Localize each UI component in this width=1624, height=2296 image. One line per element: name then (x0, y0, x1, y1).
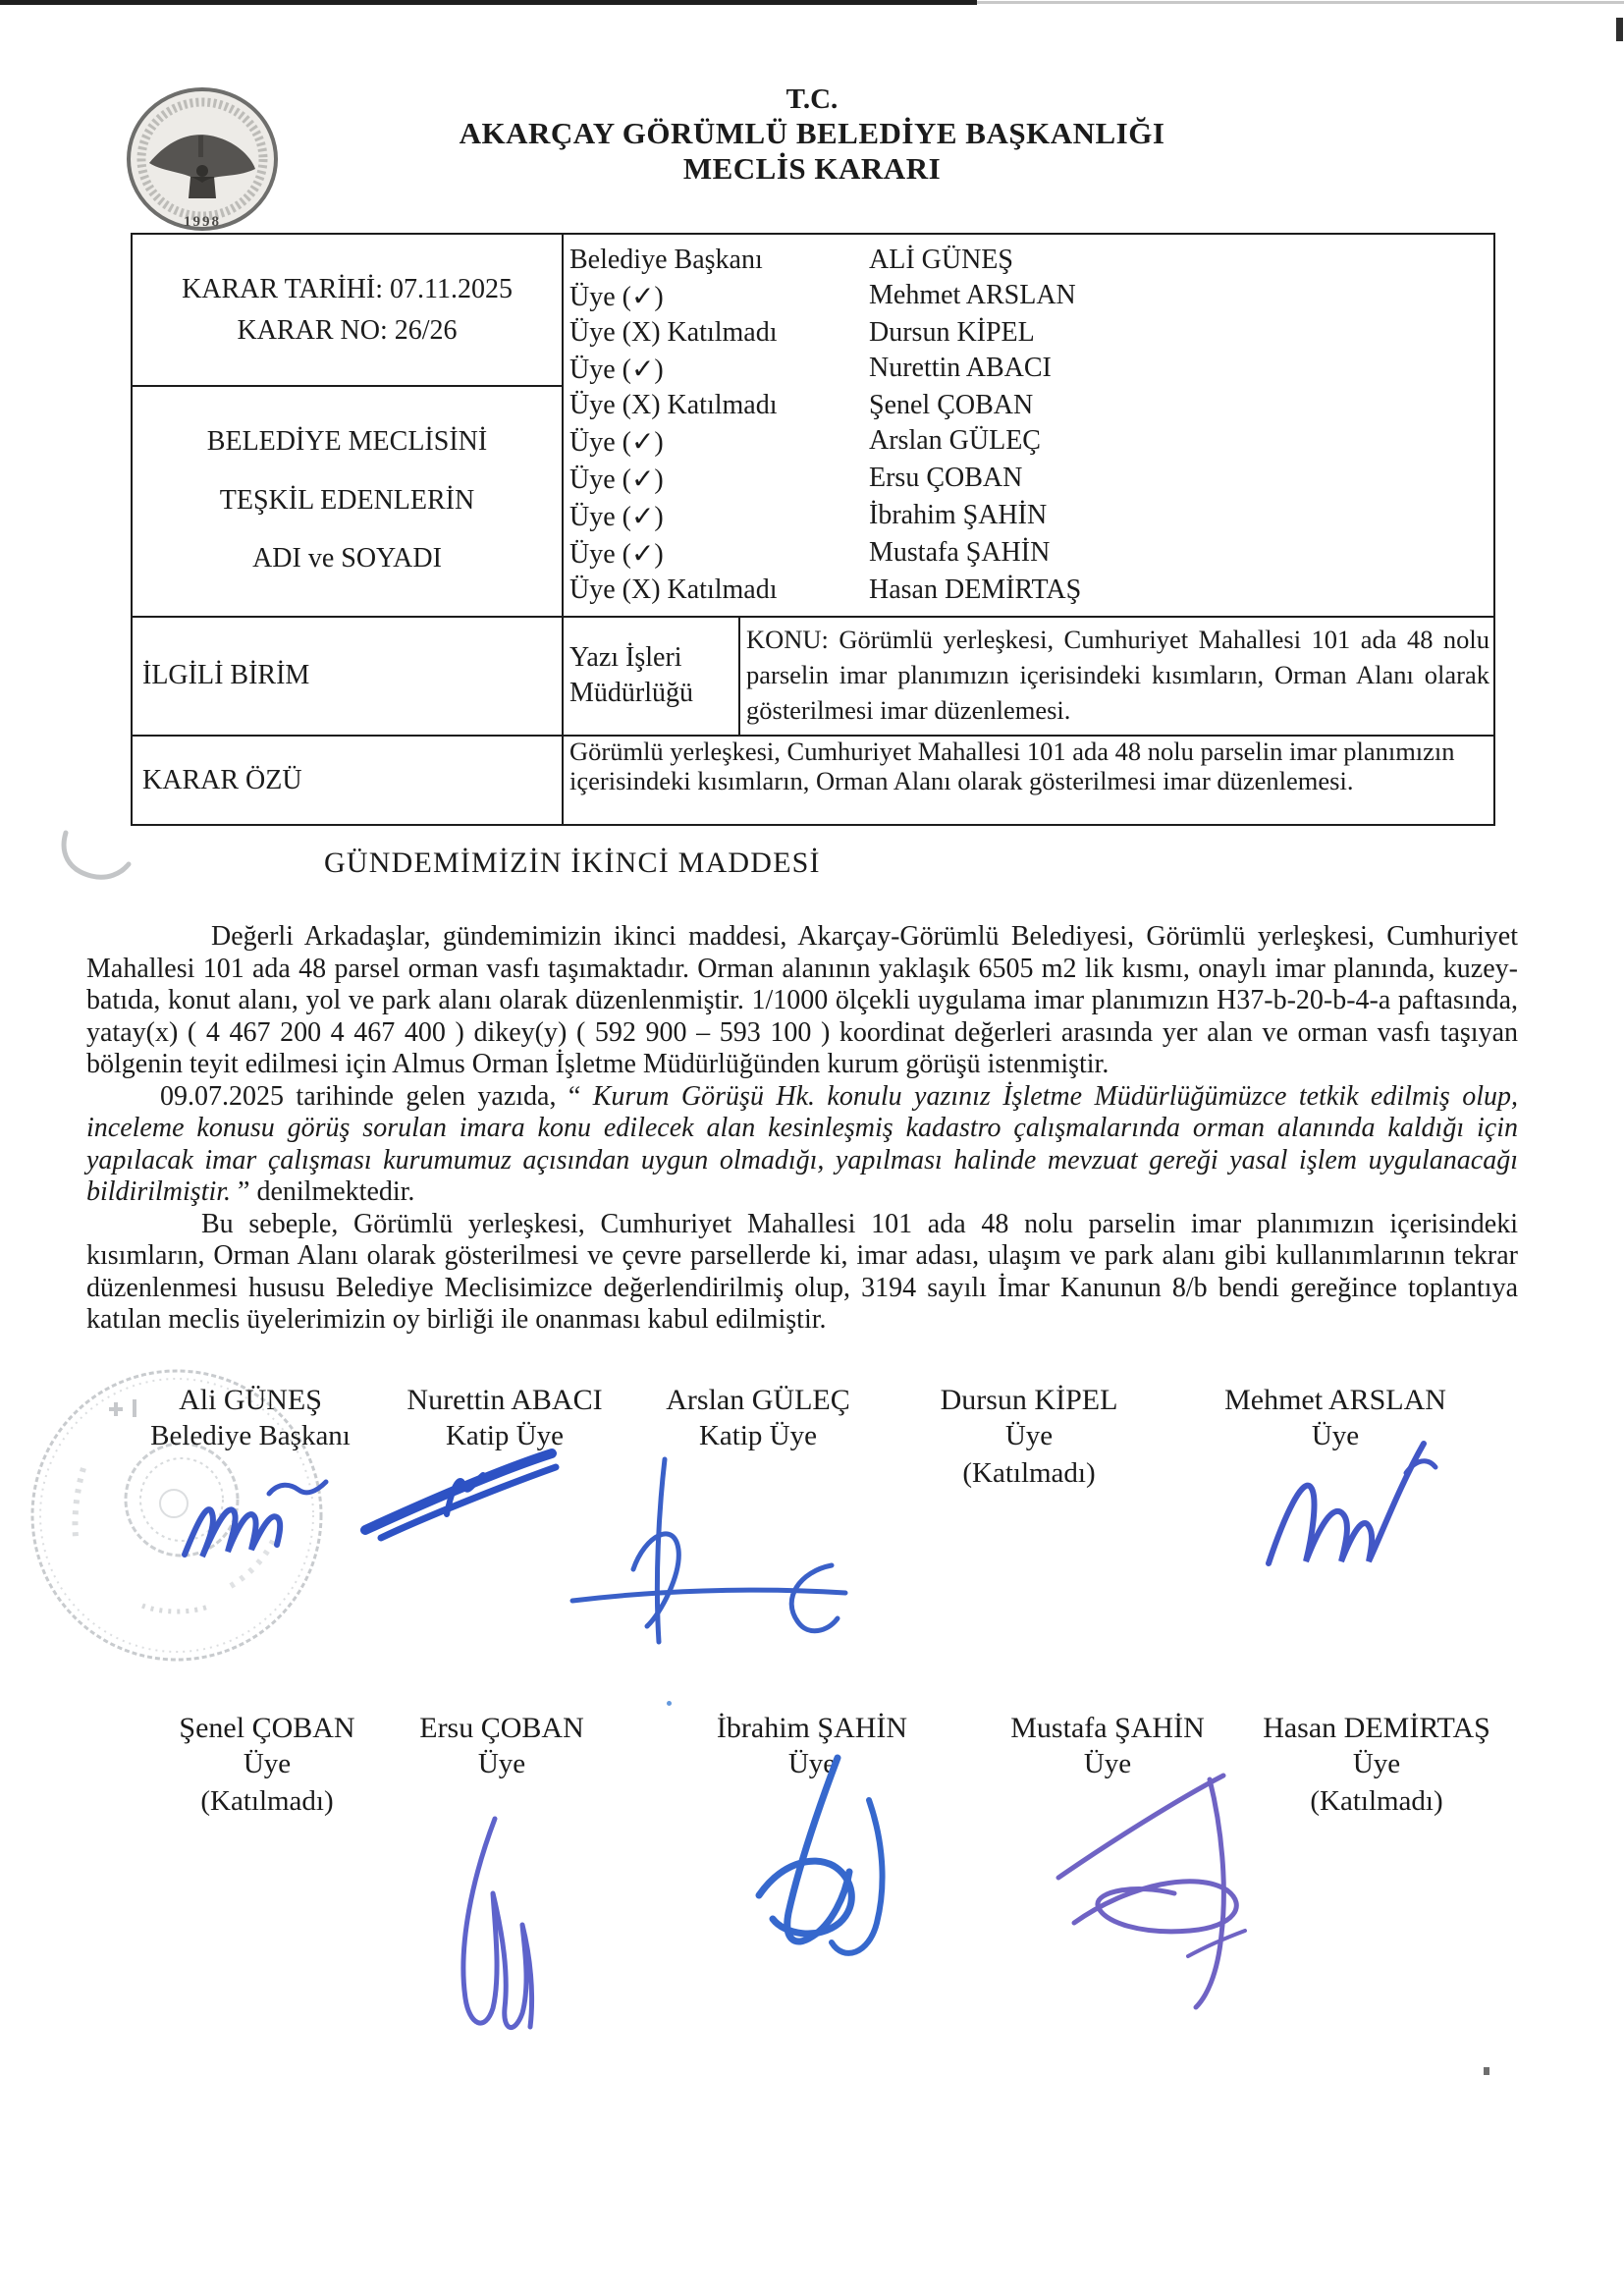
handwritten-signature-ibrahim-sahin (722, 1746, 920, 1980)
member-row: Üye (✓)İbrahim ŞAHİN (569, 500, 1497, 533)
signature-block-senel-coban: Şenel ÇOBAN Üye (Katılmadı) (179, 1711, 354, 1821)
signer-role: Belediye Başkanı (150, 1418, 351, 1453)
council-members-list: Belediye BaşkanıALİ GÜNEŞ Üye (✓)Mehmet … (562, 235, 1497, 616)
scan-edge-artifact (977, 1, 1624, 4)
council-title-line: BELEDİYE MECLİSİNİ (207, 426, 487, 458)
signer-name: Ersu ÇOBAN (419, 1711, 584, 1746)
subject-text: KONU: Görümlü yerleşkesi, Cumhuriyet Mah… (746, 625, 1489, 725)
related-unit-value-cell: Yazı İşleri Müdürlüğü (562, 616, 738, 735)
decision-summary-cell: Görümlü yerleşkesi, Cumhuriyet Mahallesi… (562, 735, 1497, 826)
member-row: Belediye BaşkanıALİ GÜNEŞ (569, 245, 1497, 276)
member-row: Üye (✓)Mustafa ŞAHİN (569, 537, 1497, 571)
decision-body: Değerli Arkadaşlar, gündemimizin ikinci … (86, 921, 1518, 1337)
body-paragraph-2: 09.07.2025 tarihinde gelen yazıda, “ Kur… (86, 1081, 1518, 1209)
decision-number: KARAR NO: 26/26 (237, 315, 457, 347)
signer-name: Dursun KİPEL (941, 1383, 1118, 1418)
member-row: Üye (✓)Arslan GÜLEÇ (569, 425, 1497, 459)
quote-prefix: 09.07.2025 tarihinde gelen yazıda, “ (160, 1081, 593, 1112)
member-role: Üye (✓) (569, 425, 869, 459)
member-role: Üye (X) Katılmadı (569, 390, 869, 421)
ink-speck-artifact (667, 1701, 672, 1706)
member-name: ALİ GÜNEŞ (869, 245, 1013, 276)
member-row: Üye (X) KatılmadıDursun KİPEL (569, 317, 1497, 349)
body-paragraph-3: Bu sebeple, Görümlü yerleşkesi, Cumhuriy… (86, 1209, 1518, 1337)
header-tc: T.C. (0, 82, 1624, 116)
handwritten-signature-nurettin-abaci (353, 1436, 565, 1549)
scan-edge-artifact (1616, 18, 1623, 41)
member-role: Belediye Başkanı (569, 245, 869, 276)
handwritten-signature-arslan-gulec (565, 1451, 859, 1660)
signer-name: Şenel ÇOBAN (179, 1711, 354, 1746)
council-title-line: ADI ve SOYADI (252, 543, 442, 574)
member-role: Üye (✓) (569, 463, 869, 496)
member-row: Üye (✓)Mehmet ARSLAN (569, 280, 1497, 313)
header-municipality: AKARÇAY GÖRÜMLÜ BELEDİYE BAŞKANLIĞI (0, 116, 1624, 151)
signature-block-hasan-demirtas: Hasan DEMİRTAŞ Üye (Katılmadı) (1263, 1711, 1490, 1821)
document-page: 1998 T.C. AKARÇAY GÖRÜMLÜ BELEDİYE BAŞKA… (0, 0, 1624, 2296)
related-unit-line: Müdürlüğü (569, 676, 738, 711)
signer-name: Mustafa ŞAHİN (1010, 1711, 1204, 1746)
related-unit-line: Yazı İşleri (569, 640, 738, 676)
scan-edge-artifact (0, 0, 977, 5)
signer-note: (Katılmadı) (179, 1781, 354, 1821)
decision-date: KARAR TARİHİ: 07.11.2025 (182, 274, 513, 305)
handwritten-signature-mustafa-sahin (1041, 1758, 1276, 2015)
signature-block-ali-gunes: Ali GÜNEŞ Belediye Başkanı (150, 1383, 351, 1453)
quote-suffix: ” denilmektedir. (231, 1176, 414, 1207)
member-name: İbrahim ŞAHİN (869, 500, 1047, 533)
signer-role: Üye (419, 1746, 584, 1781)
handwritten-signature-ali-gunes (177, 1456, 344, 1572)
scan-curve-artifact (54, 827, 152, 886)
signer-note: (Katılmadı) (941, 1453, 1118, 1493)
member-role: Üye (✓) (569, 353, 869, 386)
subject-cell: KONU: Görümlü yerleşkesi, Cumhuriyet Mah… (738, 616, 1497, 735)
member-name: Mustafa ŞAHİN (869, 537, 1050, 571)
handwritten-signature-mehmet-arslan (1257, 1422, 1445, 1591)
signature-block-arslan-gulec: Arslan GÜLEÇ Katip Üye (666, 1383, 849, 1453)
member-role: Üye (X) Katılmadı (569, 317, 869, 349)
decision-info-table: KARAR TARİHİ: 07.11.2025 KARAR NO: 26/26… (131, 233, 1495, 826)
member-name: Şenel ÇOBAN (869, 390, 1033, 421)
member-name: Mehmet ARSLAN (869, 280, 1076, 313)
member-name: Nurettin ABACI (869, 353, 1052, 386)
agenda-item-heading: GÜNDEMİMİZİN İKİNCİ MADDESİ (324, 847, 821, 880)
signer-name: İbrahim ŞAHİN (717, 1711, 907, 1746)
related-unit-label-cell: İLGİLİ BİRİM (133, 616, 562, 735)
logo-year: 1998 (184, 214, 221, 230)
member-role: Üye (✓) (569, 537, 869, 571)
decision-summary-label: KARAR ÖZÜ (142, 765, 302, 796)
member-name: Dursun KİPEL (869, 317, 1035, 349)
council-title-line: TEŞKİL EDENLERİN (220, 485, 474, 517)
related-unit-label: İLGİLİ BİRİM (142, 660, 309, 691)
member-row: Üye (✓)Ersu ÇOBAN (569, 463, 1497, 496)
signer-name: Ali GÜNEŞ (150, 1383, 351, 1418)
member-role: Üye (X) Katılmadı (569, 574, 869, 606)
decision-summary-label-cell: KARAR ÖZÜ (133, 735, 562, 826)
decision-summary-text: Görümlü yerleşkesi, Cumhuriyet Mahallesi… (569, 737, 1458, 795)
signer-name: Nurettin ABACI (406, 1383, 602, 1418)
member-row: Üye (X) KatılmadıHasan DEMİRTAŞ (569, 574, 1497, 606)
member-name: Hasan DEMİRTAŞ (869, 574, 1081, 606)
member-row: Üye (✓)Nurettin ABACI (569, 353, 1497, 386)
council-members-title-cell: BELEDİYE MECLİSİNİ TEŞKİL EDENLERİN ADI … (133, 385, 562, 616)
signer-role: Üye (179, 1746, 354, 1781)
signer-name: Arslan GÜLEÇ (666, 1383, 849, 1418)
signer-role: Üye (1263, 1746, 1490, 1781)
member-role: Üye (✓) (569, 280, 869, 313)
member-name: Ersu ÇOBAN (869, 463, 1022, 496)
signer-name: Mehmet ARSLAN (1224, 1383, 1446, 1418)
member-role: Üye (✓) (569, 500, 869, 533)
signature-block-dursun-kipel: Dursun KİPEL Üye (Katılmadı) (941, 1383, 1118, 1493)
scan-speck-artifact (1484, 2067, 1489, 2075)
signer-role: Katip Üye (666, 1418, 849, 1453)
body-paragraph-1: Değerli Arkadaşlar, gündemimizin ikinci … (86, 921, 1518, 1081)
signature-block-ersu-coban: Ersu ÇOBAN Üye (419, 1711, 584, 1781)
decision-date-cell: KARAR TARİHİ: 07.11.2025 KARAR NO: 26/26 (133, 235, 562, 385)
signer-note: (Katılmadı) (1263, 1781, 1490, 1821)
document-header: T.C. AKARÇAY GÖRÜMLÜ BELEDİYE BAŞKANLIĞI… (0, 82, 1624, 187)
signer-role: Üye (941, 1418, 1118, 1453)
signer-name: Hasan DEMİRTAŞ (1263, 1711, 1490, 1746)
handwritten-signature-ersu-coban (432, 1807, 565, 2052)
header-doc-type: MECLİS KARARI (0, 151, 1624, 187)
member-row: Üye (X) KatılmadıŞenel ÇOBAN (569, 390, 1497, 421)
member-name: Arslan GÜLEÇ (869, 425, 1041, 459)
